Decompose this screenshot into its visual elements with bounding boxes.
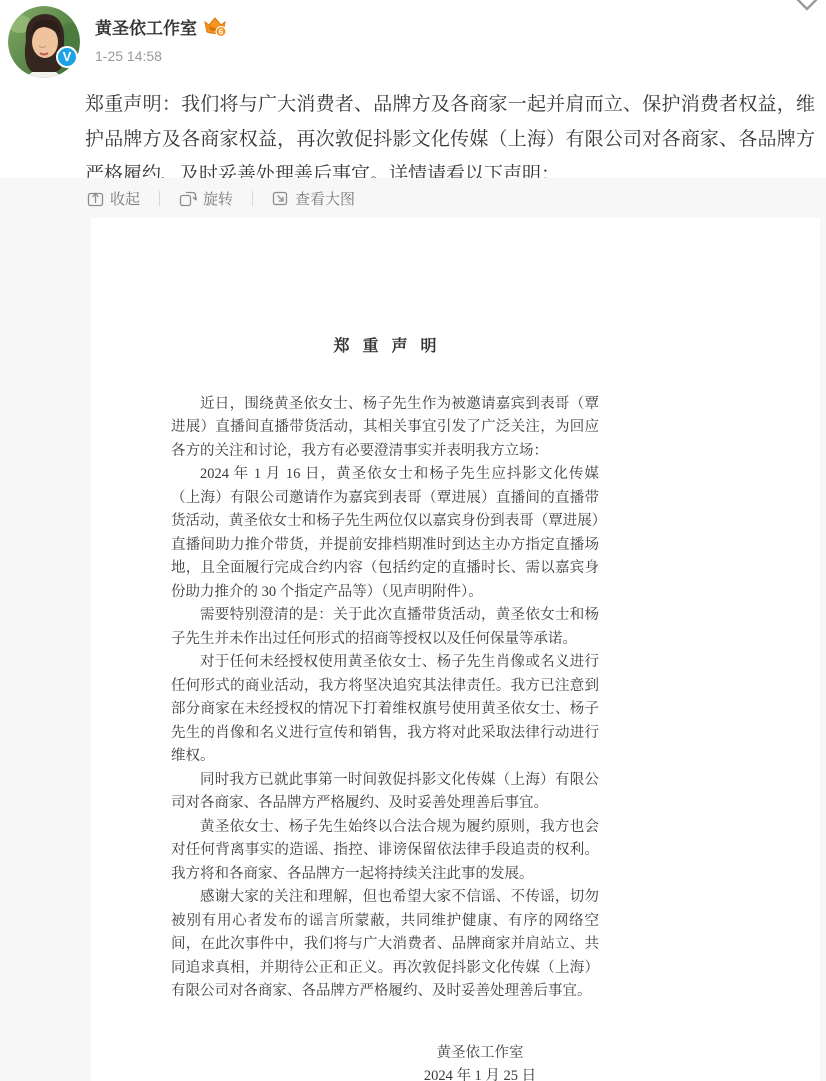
image-panel: 收起 旋转 查看大图 郑重声明 近日，围绕黄圣依女士、杨子先生 [0,178,826,1081]
post-text: 郑重声明：我们将与广大消费者、品牌方及各商家一起并肩而立、保护消费者权益，维护品… [85,87,815,192]
collapse-icon [87,190,104,207]
statement-signature: 黄圣依工作室 2024 年 1 月 25 日 [361,1042,599,1081]
signature-date: 2024 年 1 月 25 日 [361,1065,599,1081]
weibo-post: V 黄圣依工作室 6 1-25 14:58 郑重声明：我们将与广大消费者、品牌方… [0,0,826,178]
toolbar-divider [159,191,160,206]
svg-text:6: 6 [219,28,224,37]
post-header: V 黄圣依工作室 6 1-25 14:58 [0,0,826,78]
username[interactable]: 黄圣依工作室 [95,14,197,39]
collapse-button[interactable]: 收起 [87,188,140,209]
collapse-label: 收起 [110,188,140,209]
chevron-down-icon[interactable] [794,0,820,13]
rotate-icon [179,190,197,207]
statement-paragraph: 黄圣依女士、杨子先生始终以合法合规为履约原则，我方也会对任何背离事实的造谣、指控… [171,816,599,887]
header-info: 黄圣依工作室 6 1-25 14:58 [95,6,227,78]
statement-paragraph: 近日，围绕黄圣依女士、杨子先生作为被邀请嘉宾到表哥（覃进展）直播间直播带货活动，… [171,393,599,464]
toolbar-divider [252,191,253,206]
statement-paragraph: 同时我方已就此事第一时间敦促抖影文化传媒（上海）有限公司对各商家、各品牌方严格履… [171,769,599,816]
statement-paragraph: 需要特别澄清的是：关于此次直播带货活动，黄圣依女士和杨子先生并未作出过任何形式的… [171,604,599,651]
statement-content: 郑重声明 近日，围绕黄圣依女士、杨子先生作为被邀请嘉宾到表哥（覃进展）直播间直播… [171,335,599,1081]
vip-crown-badge-icon: 6 [203,16,227,37]
view-large-icon [272,190,289,207]
statement-paragraph: 2024 年 1 月 16 日，黄圣依女士和杨子先生应抖影文化传媒（上海）有限公… [171,463,599,604]
image-toolbar: 收起 旋转 查看大图 [0,178,826,218]
statement-image[interactable]: 郑重声明 近日，围绕黄圣依女士、杨子先生作为被邀请嘉宾到表哥（覃进展）直播间直播… [91,218,820,1081]
rotate-button[interactable]: 旋转 [179,188,233,209]
rotate-label: 旋转 [203,188,233,209]
view-large-button[interactable]: 查看大图 [272,188,355,209]
statement-title: 郑重声明 [171,335,599,359]
signature-name: 黄圣依工作室 [361,1042,599,1066]
verified-badge-icon: V [56,46,78,68]
avatar[interactable]: V [8,6,80,78]
statement-paragraph: 感谢大家的关注和理解，但也希望大家不信谣、不传谣，切勿被别有用心者发布的谣言所蒙… [171,886,599,1004]
view-large-label: 查看大图 [295,188,355,209]
timestamp: 1-25 14:58 [95,48,227,64]
statement-paragraph: 对于任何未经授权使用黄圣依女士、杨子先生肖像或名义进行任何形式的商业活动，我方将… [171,651,599,769]
